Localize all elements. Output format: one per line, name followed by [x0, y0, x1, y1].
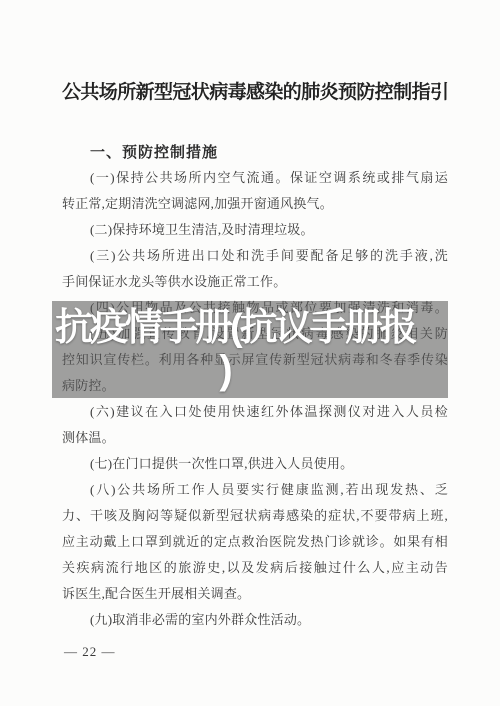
document-line: (七)在门口提供一次性口罩,供进入人员使用。 — [62, 451, 448, 477]
document-line: 力、干咳及胸闷等疑似新型冠状病毒感染的症状,不要带病上班, — [62, 503, 448, 529]
document-line: (三)公共场所进出口处和洗手间要配备足够的洗手液,洗 — [62, 243, 448, 269]
document-line: (九)取消非必需的室内外群众性活动。 — [62, 607, 448, 633]
document-line: (二)保持环境卫生清洁,及时清理垃圾。 — [62, 217, 448, 243]
watermark-text-line2: ) — [28, 348, 424, 392]
document-page: 公共场所新型冠状病毒感染的肺炎预防控制指引 一、预防控制措施 (一)保持公共场所… — [0, 0, 500, 706]
document-line: 诉医生,配合医生开展相关调查。 — [62, 581, 448, 607]
document-line: 手间保证水龙头等供水设施正常工作。 — [62, 269, 448, 295]
document-line: 测体温。 — [62, 425, 448, 451]
document-line: 转正常,定期清洗空调滤网,加强开窗通风换气。 — [62, 191, 448, 217]
body-lines: (一)保持公共场所内空气流通。保证空调系统或排气扇运转正常,定期清洗空调滤网,加… — [62, 165, 448, 633]
watermark-text-line1: 抗疫情手册(抗议手册报 — [52, 307, 448, 350]
document-title: 公共场所新型冠状病毒感染的肺炎预防控制指引 — [62, 82, 448, 104]
page-number: — 22 — — [64, 644, 116, 660]
document-line: 应主动戴上口罩到就近的定点救治医院发热门诊就诊。如果有相 — [62, 529, 448, 555]
document-line: (八)公共场所工作人员要实行健康监测,若出现发热、乏 — [62, 477, 448, 503]
document-line: (一)保持公共场所内空气流通。保证空调系统或排气扇运 — [62, 165, 448, 191]
section-heading: 一、预防控制措施 — [90, 144, 218, 162]
document-line: 关疾病流行地区的旅游史,以及发病后接触过什么人,应主动告 — [62, 555, 448, 581]
document-line: (六)建议在入口处使用快速红外体温探测仪对进入人员检 — [62, 399, 448, 425]
